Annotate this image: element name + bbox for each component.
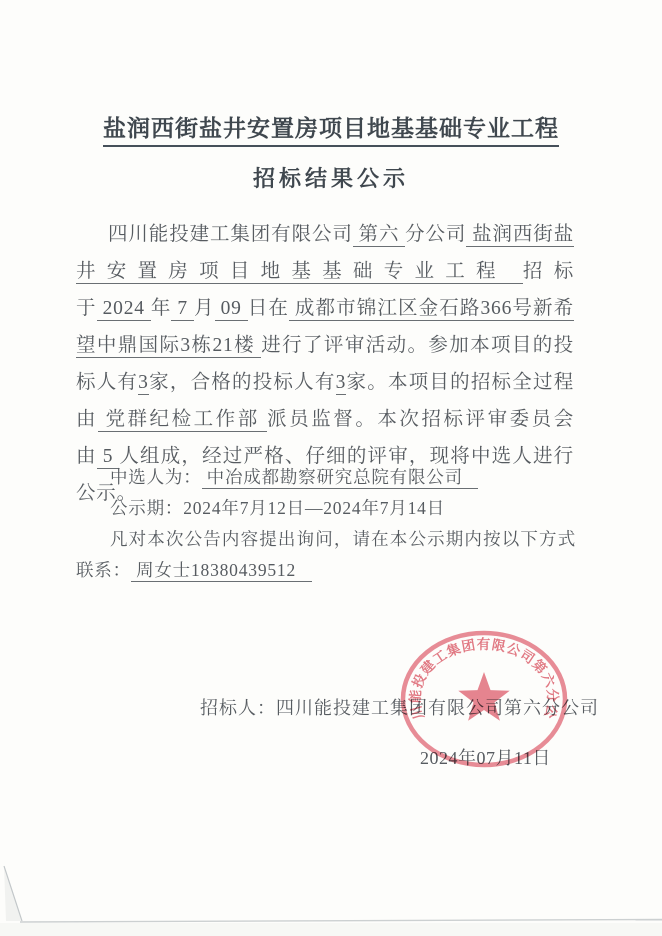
body-text-segment: 中选人为： bbox=[110, 467, 202, 487]
date-line: 2024年07月11日 bbox=[420, 744, 551, 770]
filled-blank-text: 7 bbox=[171, 298, 194, 321]
body-text-segment: 月 bbox=[194, 298, 215, 319]
filled-blank-text: 周女士18380439512 bbox=[131, 560, 312, 582]
body-text-segment: 日在 bbox=[248, 298, 289, 319]
body-text-segment: 年 bbox=[151, 298, 172, 319]
fold-crease-line bbox=[4, 866, 22, 921]
filled-blank-text: 第六 bbox=[353, 224, 405, 247]
below-page-area bbox=[0, 923, 662, 936]
filled-blank-text: 09 bbox=[215, 298, 248, 321]
body-text-segment: 分公司 bbox=[405, 224, 466, 245]
scanned-document-page: 盐润西街盐井安置房项目地基基础专业工程 招标结果公示 四川能投建工集团有限公司 … bbox=[0, 0, 662, 936]
body-text-segment: 家，合格的投标人有 bbox=[149, 372, 336, 393]
filled-blank-text: 中冶成都勘察研究总院有限公司 bbox=[202, 467, 479, 489]
document-title: 盐润西街盐井安置房项目地基基础专业工程 招标结果公示 bbox=[0, 110, 662, 193]
filled-blank-text: 3 bbox=[138, 372, 149, 395]
publicity-period-line: 公示期：2024年7月12日—2024年7月14日 bbox=[76, 493, 576, 524]
filled-blank-text: 3 bbox=[336, 372, 347, 395]
contact-line: 凡对本次公告内容提出询问，请在本公示期内按以下方式联系： 周女士18380439… bbox=[76, 524, 576, 586]
filled-blank-text: 党群纪检工作部 bbox=[98, 409, 267, 432]
title-line-1: 盐润西街盐井安置房项目地基基础专业工程 bbox=[103, 110, 559, 147]
title-line-2: 招标结果公示 bbox=[0, 162, 662, 193]
page-corner-fold bbox=[4, 866, 22, 921]
body-text-segment: 四川能投建工集团有限公司 bbox=[108, 224, 353, 245]
winner-line: 中选人为： 中冶成都勘察研究总院有限公司 bbox=[76, 462, 576, 493]
result-details-block: 中选人为： 中冶成都勘察研究总院有限公司 公示期：2024年7月12日—2024… bbox=[76, 462, 576, 586]
filled-blank-text: 2024 bbox=[97, 298, 151, 321]
page-bottom-edge bbox=[20, 920, 662, 923]
bidder-line: 招标人：四川能投建工集团有限公司第六分公司 bbox=[200, 694, 599, 720]
